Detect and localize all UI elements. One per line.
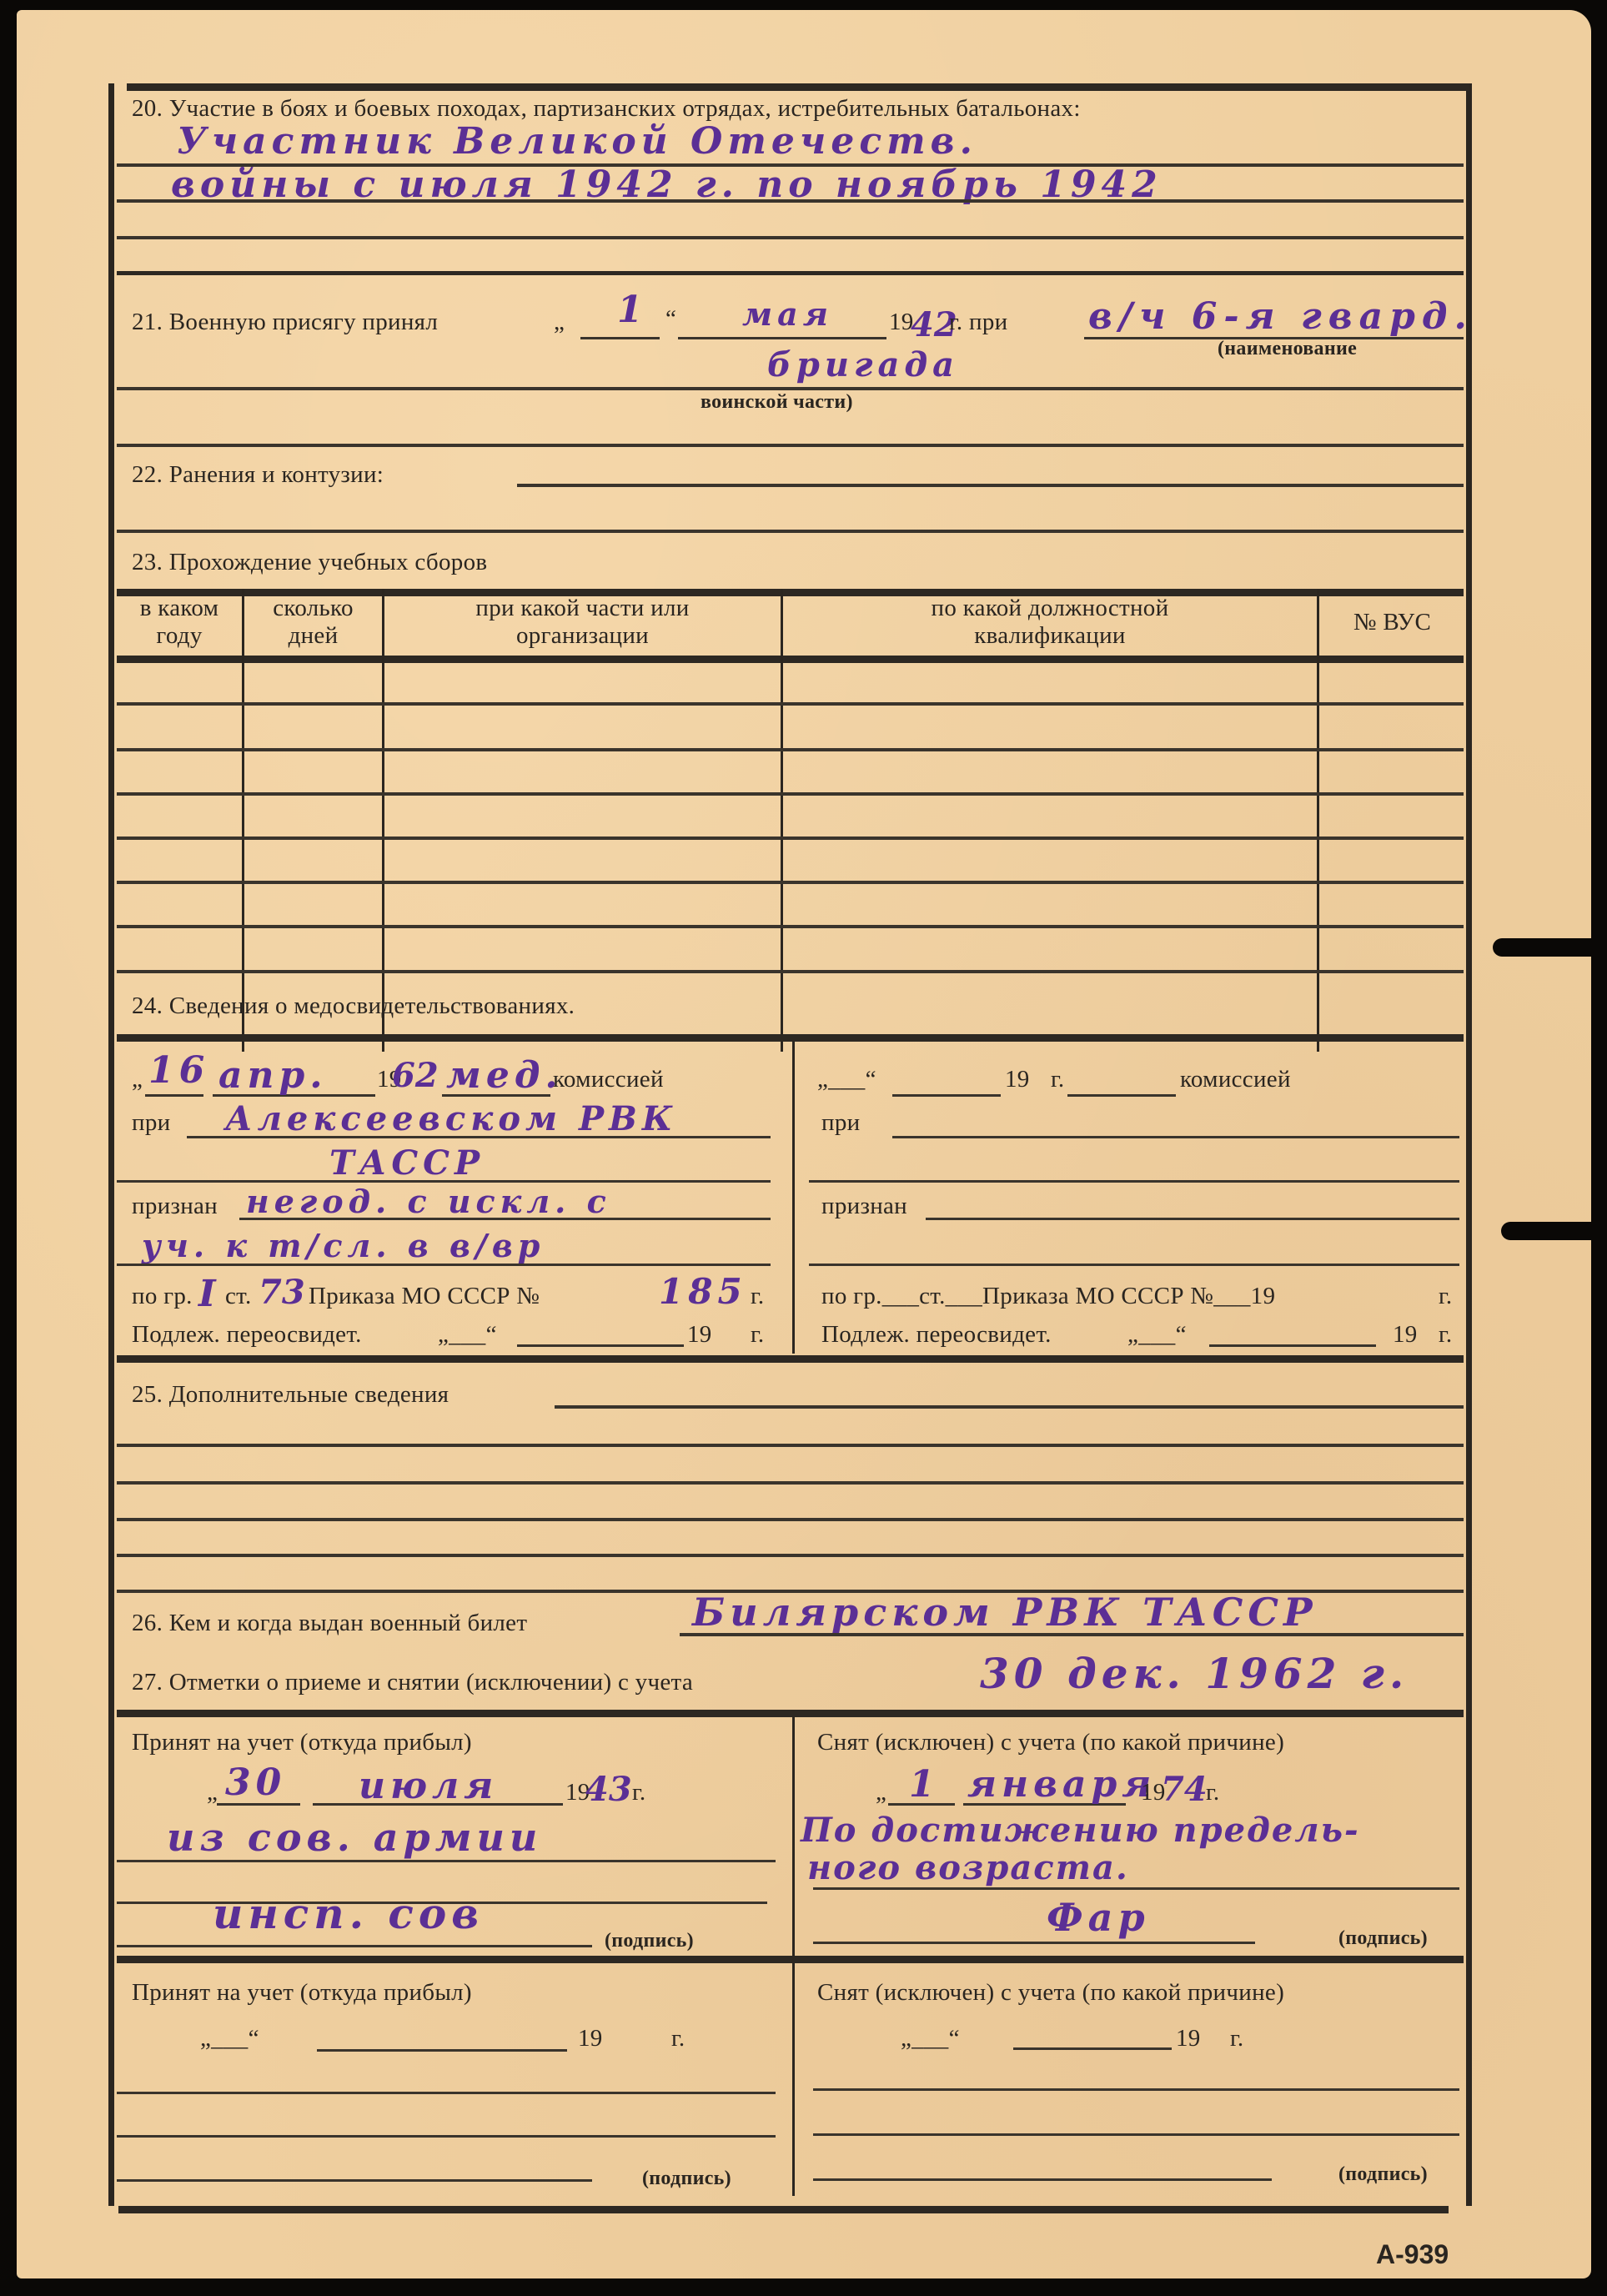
section-21-unit-hw-2: бригада bbox=[767, 349, 959, 382]
section-23-label: 23. Прохождение учебных сборов bbox=[132, 550, 487, 575]
med-right-commission-line bbox=[1067, 1094, 1176, 1097]
med-left-prikaz-label: Приказа МО СССР № bbox=[309, 1284, 540, 1309]
b1-left-from: из сов. армии bbox=[167, 1818, 542, 1856]
med-right-priznan-line bbox=[926, 1218, 1459, 1220]
section-21-line-2 bbox=[117, 387, 1464, 390]
med-left-po-gr-label: по гр. bbox=[132, 1284, 193, 1309]
section-21-top-rule bbox=[117, 271, 1464, 275]
med-left-reexam-g: г. bbox=[751, 1323, 764, 1347]
section-25-line-1 bbox=[555, 1405, 1464, 1409]
b2-left-line-2 bbox=[117, 2135, 776, 2138]
section-21-year-suffix: г. при bbox=[949, 310, 1007, 334]
section-27-middle-rule bbox=[117, 1956, 1464, 1963]
med-left-po-gr: I bbox=[198, 1276, 221, 1313]
med-right-quote: „___“ bbox=[817, 1068, 876, 1092]
med-right-g: г. bbox=[1051, 1068, 1064, 1092]
med-left-month: апр. bbox=[218, 1058, 328, 1094]
med-left-pri-hw-1: Алексеевском РВК bbox=[225, 1103, 677, 1136]
med-right-month-line bbox=[892, 1094, 1001, 1097]
b1-right-reason-1: По достижению предель- bbox=[801, 1814, 1360, 1847]
section-24-divider bbox=[792, 1041, 795, 1354]
table-col-divider-4 bbox=[1317, 589, 1319, 1052]
med-right-prikaz-year: 19 bbox=[1251, 1283, 1276, 1309]
med-left-priznan-hw-2: уч. к т/сл. в в/вр bbox=[142, 1230, 545, 1262]
med-left-reexam-label: Подлеж. переосвидет. bbox=[132, 1323, 362, 1347]
med-right-line-4 bbox=[809, 1264, 1459, 1266]
top-rule bbox=[127, 83, 1469, 91]
med-right-prikaz-row: по гр.___ст.___Приказа МО СССР №___19 bbox=[821, 1284, 1275, 1309]
b1-right-title: Снят (исключен) с учета (по какой причин… bbox=[817, 1731, 1284, 1755]
col-qual-l2: квалификации bbox=[783, 624, 1317, 648]
b2-right-year: 19 bbox=[1176, 2027, 1201, 2051]
quote-close: “ bbox=[665, 307, 676, 331]
b2-right-line-1 bbox=[813, 2088, 1459, 2091]
col-days-header: сколько дней bbox=[244, 596, 382, 648]
section-25-line-3 bbox=[117, 1481, 1464, 1485]
b1-left-sign-line bbox=[117, 1945, 592, 1947]
b2-right-sign-label: (подпись) bbox=[1338, 2164, 1428, 2184]
med-left-st: 73 bbox=[259, 1276, 305, 1309]
med-right-st-label: ст. bbox=[919, 1283, 946, 1309]
blank: ___ bbox=[1213, 1283, 1250, 1309]
blank: ___ bbox=[946, 1283, 982, 1309]
b2-left-year: 19 bbox=[578, 2027, 603, 2051]
b2-right-title: Снят (исключен) с учета (по какой причин… bbox=[817, 1981, 1284, 2005]
med-right-prikaz-label: Приказа МО СССР № bbox=[982, 1283, 1213, 1309]
med-right-priznan-label: признан bbox=[821, 1194, 907, 1218]
section-21-month: мая bbox=[742, 299, 833, 330]
med-left-day-line bbox=[145, 1094, 203, 1097]
med-left-year: 62 bbox=[392, 1059, 439, 1093]
table-row-line bbox=[117, 702, 1464, 706]
med-left-day: 16 bbox=[148, 1053, 209, 1089]
med-left-quote: „ bbox=[132, 1068, 143, 1092]
b1-left-year: 43 bbox=[585, 1773, 632, 1806]
b1-left-day: 30 bbox=[225, 1765, 286, 1801]
med-left-reexam-line bbox=[517, 1344, 684, 1347]
b1-right-sign-label: (подпись) bbox=[1338, 1928, 1428, 1948]
med-right-pri-label: при bbox=[821, 1111, 860, 1135]
b2-left-quote: „___“ bbox=[200, 2027, 259, 2051]
col-unit-header: при какой части или организации bbox=[384, 596, 781, 648]
b1-right-sign-line bbox=[813, 1942, 1255, 1944]
form-number: A-939 bbox=[1376, 2239, 1449, 2270]
section-22-line-2 bbox=[117, 530, 1464, 533]
b2-left-g: г. bbox=[671, 2027, 685, 2051]
b1-right-reason-2: ного возраста. bbox=[807, 1851, 1129, 1885]
med-left-commission-label: комиссией bbox=[553, 1068, 664, 1092]
b2-right-month-line bbox=[1013, 2047, 1172, 2050]
paper-tear-lower bbox=[1501, 1222, 1607, 1240]
b2-left-sign-label: (подпись) bbox=[642, 2168, 731, 2188]
col-qual-l1: по какой должностной bbox=[783, 596, 1317, 620]
section-25-rule bbox=[117, 1355, 1464, 1363]
b2-right-quote: „___“ bbox=[901, 2027, 960, 2051]
b2-left-title: Принят на учет (откуда прибыл) bbox=[132, 1981, 472, 2005]
section-21-caption-2: воинской части) bbox=[701, 392, 853, 412]
section-20-handwritten-line-1: Участник Великой Отечеств. bbox=[177, 123, 977, 160]
med-right-reexam-quote: „___“ bbox=[1127, 1323, 1187, 1347]
med-right-year: 19 bbox=[1005, 1068, 1030, 1092]
form-frame: 20. Участие в боях и боевых походах, пар… bbox=[108, 83, 1472, 2210]
section-26-label: 26. Кем и когда выдан военный билет bbox=[132, 1611, 527, 1635]
section-24-label: 24. Сведения о медосвидетельствованиях. bbox=[132, 994, 575, 1018]
b1-left-g: г. bbox=[632, 1781, 645, 1805]
table-row-line bbox=[117, 748, 1464, 751]
section-21-caption-1: (наименование bbox=[1218, 339, 1357, 359]
section-20-line-2 bbox=[117, 199, 1464, 203]
section-24-rule bbox=[117, 1034, 1464, 1042]
table-bottom-line bbox=[117, 970, 1464, 973]
med-left-pri-hw-2: ТАССР bbox=[329, 1147, 485, 1180]
col-vus-header: № ВУС bbox=[1319, 610, 1465, 635]
col-year-l1: в каком bbox=[117, 596, 242, 620]
section-21-day: 1 bbox=[617, 292, 648, 329]
section-20-handwritten-line-2: войны с июля 1942 г. по ноябрь 1942 bbox=[171, 167, 1163, 203]
col-unit-l1: при какой части или bbox=[384, 596, 781, 620]
section-20-label: 20. Участие в боях и боевых походах, пар… bbox=[132, 97, 1081, 121]
section-22-line-1 bbox=[517, 484, 1464, 487]
section-26-handwritten: Билярском РВК ТАССР bbox=[692, 1593, 1318, 1631]
col-year-l2: году bbox=[117, 624, 242, 648]
med-right-reexam-g: г. bbox=[1439, 1323, 1452, 1347]
table-row-line bbox=[117, 925, 1464, 928]
table-row-line bbox=[117, 792, 1464, 796]
b2-right-g: г. bbox=[1230, 2027, 1243, 2051]
b1-left-month: июля bbox=[359, 1768, 498, 1805]
col-unit-l2: организации bbox=[384, 624, 781, 648]
section-21-unit-hw-1: в/ч 6-я гвард. bbox=[1088, 299, 1474, 335]
b1-right-g: г. bbox=[1206, 1781, 1219, 1805]
b2-left-line-1 bbox=[117, 2092, 776, 2094]
b1-right-quote: „ bbox=[876, 1781, 886, 1805]
table-col-divider-1 bbox=[242, 589, 244, 1052]
section-26-line bbox=[680, 1633, 1464, 1636]
quote-open: „ bbox=[554, 310, 565, 334]
col-qualification-header: по какой должностной квалификации bbox=[783, 596, 1317, 648]
med-left-commission: мед. bbox=[446, 1058, 563, 1094]
col-days-l1: сколько bbox=[244, 596, 382, 620]
section-21-line-3 bbox=[117, 444, 1464, 447]
b2-right-sign-line bbox=[813, 2178, 1272, 2181]
section-25-label: 25. Дополнительные сведения bbox=[132, 1383, 449, 1407]
table-row-line bbox=[117, 881, 1464, 884]
section-21-month-line bbox=[678, 337, 886, 339]
section-25-line-5 bbox=[117, 1554, 1464, 1557]
med-right-prikaz-g: г. bbox=[1439, 1284, 1452, 1309]
med-left-prikaz-no: 185 bbox=[659, 1274, 747, 1309]
med-left-line-4 bbox=[117, 1264, 771, 1266]
b1-right-month: января bbox=[967, 1766, 1156, 1803]
med-right-reexam-year: 19 bbox=[1393, 1323, 1418, 1347]
frame-right-border bbox=[1466, 83, 1472, 2206]
section-27-label: 27. Отметки о приеме и снятии (исключени… bbox=[132, 1671, 693, 1695]
section-22-label: 22. Ранения и контузии: bbox=[132, 463, 384, 487]
section-20-line-3 bbox=[117, 236, 1464, 239]
col-days-l2: дней bbox=[244, 624, 382, 648]
table-row-line bbox=[117, 837, 1464, 840]
section-25-line-4 bbox=[117, 1518, 1464, 1521]
section-27-handwritten: 30 дек. 1962 г. bbox=[980, 1653, 1409, 1695]
b2-left-sign-line bbox=[117, 2179, 592, 2182]
b1-left-sign-label: (подпись) bbox=[605, 1931, 694, 1951]
b1-right-line-1 bbox=[813, 1887, 1459, 1890]
b1-right-day: 1 bbox=[909, 1766, 940, 1803]
section-21-day-line bbox=[580, 337, 660, 339]
blank: ___ bbox=[882, 1283, 919, 1309]
table-header-bottom bbox=[117, 656, 1464, 663]
med-right-reexam-line bbox=[1209, 1344, 1376, 1347]
med-left-reexam-year: 19 bbox=[687, 1323, 712, 1347]
frame-left-border bbox=[108, 83, 114, 2206]
b2-left-month-line bbox=[317, 2049, 567, 2052]
med-right-commission-label: комиссией bbox=[1180, 1068, 1291, 1092]
b1-left-title: Принят на учет (откуда прибыл) bbox=[132, 1731, 472, 1755]
section-27-rule bbox=[117, 1710, 1464, 1717]
med-left-priznan-label: признан bbox=[132, 1194, 218, 1218]
b2-right-line-2 bbox=[813, 2133, 1459, 2136]
med-left-pri-label: при bbox=[132, 1111, 170, 1135]
med-left-prikaz-g: г. bbox=[751, 1284, 764, 1309]
table-col-divider-3 bbox=[781, 589, 783, 1052]
table-col-divider-2 bbox=[382, 589, 384, 1052]
b1-right-sign: Фар bbox=[1047, 1898, 1150, 1937]
med-left-priznan-hw-1: негод. с искл. с bbox=[246, 1186, 611, 1218]
section-25-line-2 bbox=[117, 1444, 1464, 1447]
med-right-reexam-label: Подлеж. переосвидет. bbox=[821, 1323, 1052, 1347]
med-right-po-gr-label: по гр. bbox=[821, 1283, 882, 1309]
bottom-rule bbox=[118, 2206, 1449, 2213]
b1-right-year: 74 bbox=[1161, 1773, 1208, 1806]
med-left-reexam-quote: „___“ bbox=[438, 1323, 497, 1347]
b1-left-line-1 bbox=[117, 1860, 776, 1862]
med-right-line-2 bbox=[809, 1180, 1459, 1183]
paper-tear-upper bbox=[1493, 938, 1607, 957]
b1-left-quote: „ bbox=[207, 1781, 218, 1805]
med-right-pri-line bbox=[892, 1136, 1459, 1138]
col-year-header: в каком году bbox=[117, 596, 242, 648]
med-left-st-label: ст. bbox=[225, 1284, 252, 1309]
section-21-label: 21. Военную присягу принял bbox=[132, 310, 438, 334]
b1-left-sign: инсп. сов bbox=[213, 1893, 484, 1935]
